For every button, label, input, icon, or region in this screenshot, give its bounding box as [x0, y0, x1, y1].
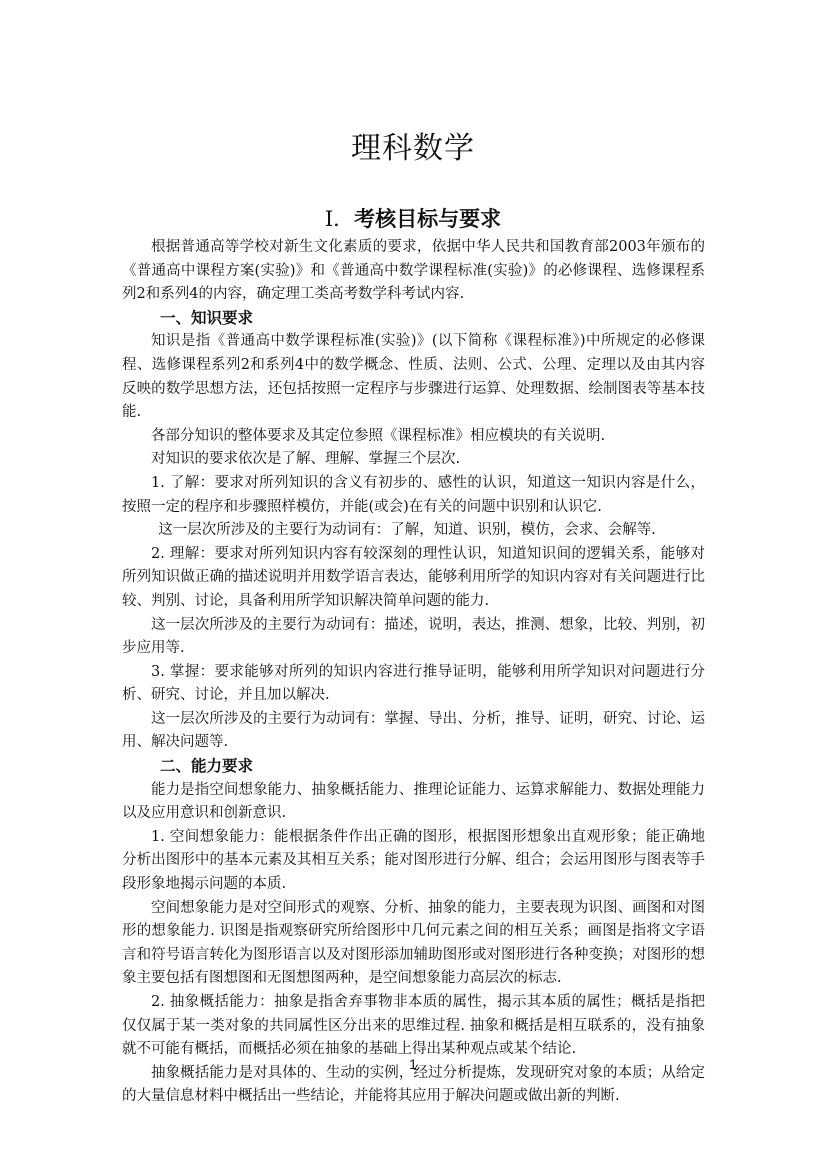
- intro-paragraph: 根据普通高等学校对新生文化素质的要求，依据中华人民共和国教育部2003年颁布的《…: [122, 236, 705, 307]
- knowledge-paragraph: 这一层次所涉及的主要行为动词有：了解，知道、识别，模仿，会求、会解等.: [122, 519, 705, 543]
- page-number: 1: [0, 1056, 826, 1072]
- knowledge-paragraph: 1. 了解：要求对所列知识的含义有初步的、感性的认识，知道这一知识内容是什么，按…: [122, 472, 705, 519]
- section-numeral: Ⅰ．: [325, 207, 354, 231]
- ability-heading: 二、能力要求: [122, 755, 705, 779]
- ability-paragraph: 1. 空间想象能力：能根据条件作出正确的图形，根据图形想象出直观形象；能正确地分…: [122, 826, 705, 897]
- ability-paragraph: 空间想象能力是对空间形式的观察、分析、抽象的能力，主要表现为识图、画图和对图形的…: [122, 897, 705, 991]
- ability-paragraph: 能力是指空间想象能力、抽象概括能力、推理论证能力、运算求解能力、数据处理能力以及…: [122, 779, 705, 826]
- knowledge-paragraph: 知识是指《普通高中数学课程标准(实验)》(以下简称《课程标准》)中所规定的必修课…: [122, 330, 705, 424]
- page-title: 理科数学: [0, 127, 826, 171]
- knowledge-paragraph: 这一层次所涉及的主要行为动词有：描述，说明，表达，推测、想象，比较、判别，初步应…: [122, 614, 705, 661]
- knowledge-heading: 一、知识要求: [122, 307, 705, 331]
- knowledge-paragraph: 这一层次所涉及的主要行为动词有：掌握、导出、分析，推导、证明，研究、讨论、运用、…: [122, 708, 705, 755]
- section-title: Ⅰ．考核目标与要求: [0, 204, 826, 234]
- knowledge-paragraph: 2. 理解：要求对所列知识内容有较深刻的理性认识，知道知识间的逻辑关系，能够对所…: [122, 543, 705, 614]
- knowledge-paragraph: 对知识的要求依次是了解、理解、掌握三个层次.: [122, 448, 705, 472]
- knowledge-paragraph: 3. 掌握：要求能够对所列的知识内容进行推导证明，能够利用所学知识对问题进行分析…: [122, 661, 705, 708]
- section-title-text: 考核目标与要求: [354, 207, 501, 231]
- body-text: 根据普通高等学校对新生文化素质的要求，依据中华人民共和国教育部2003年颁布的《…: [122, 236, 705, 1109]
- knowledge-paragraph: 各部分知识的整体要求及其定位参照《课程标准》相应模块的有关说明.: [122, 425, 705, 449]
- ability-paragraph: 2. 抽象概括能力：抽象是指舍弃事物非本质的属性，揭示其本质的属性；概括是指把仅…: [122, 991, 705, 1062]
